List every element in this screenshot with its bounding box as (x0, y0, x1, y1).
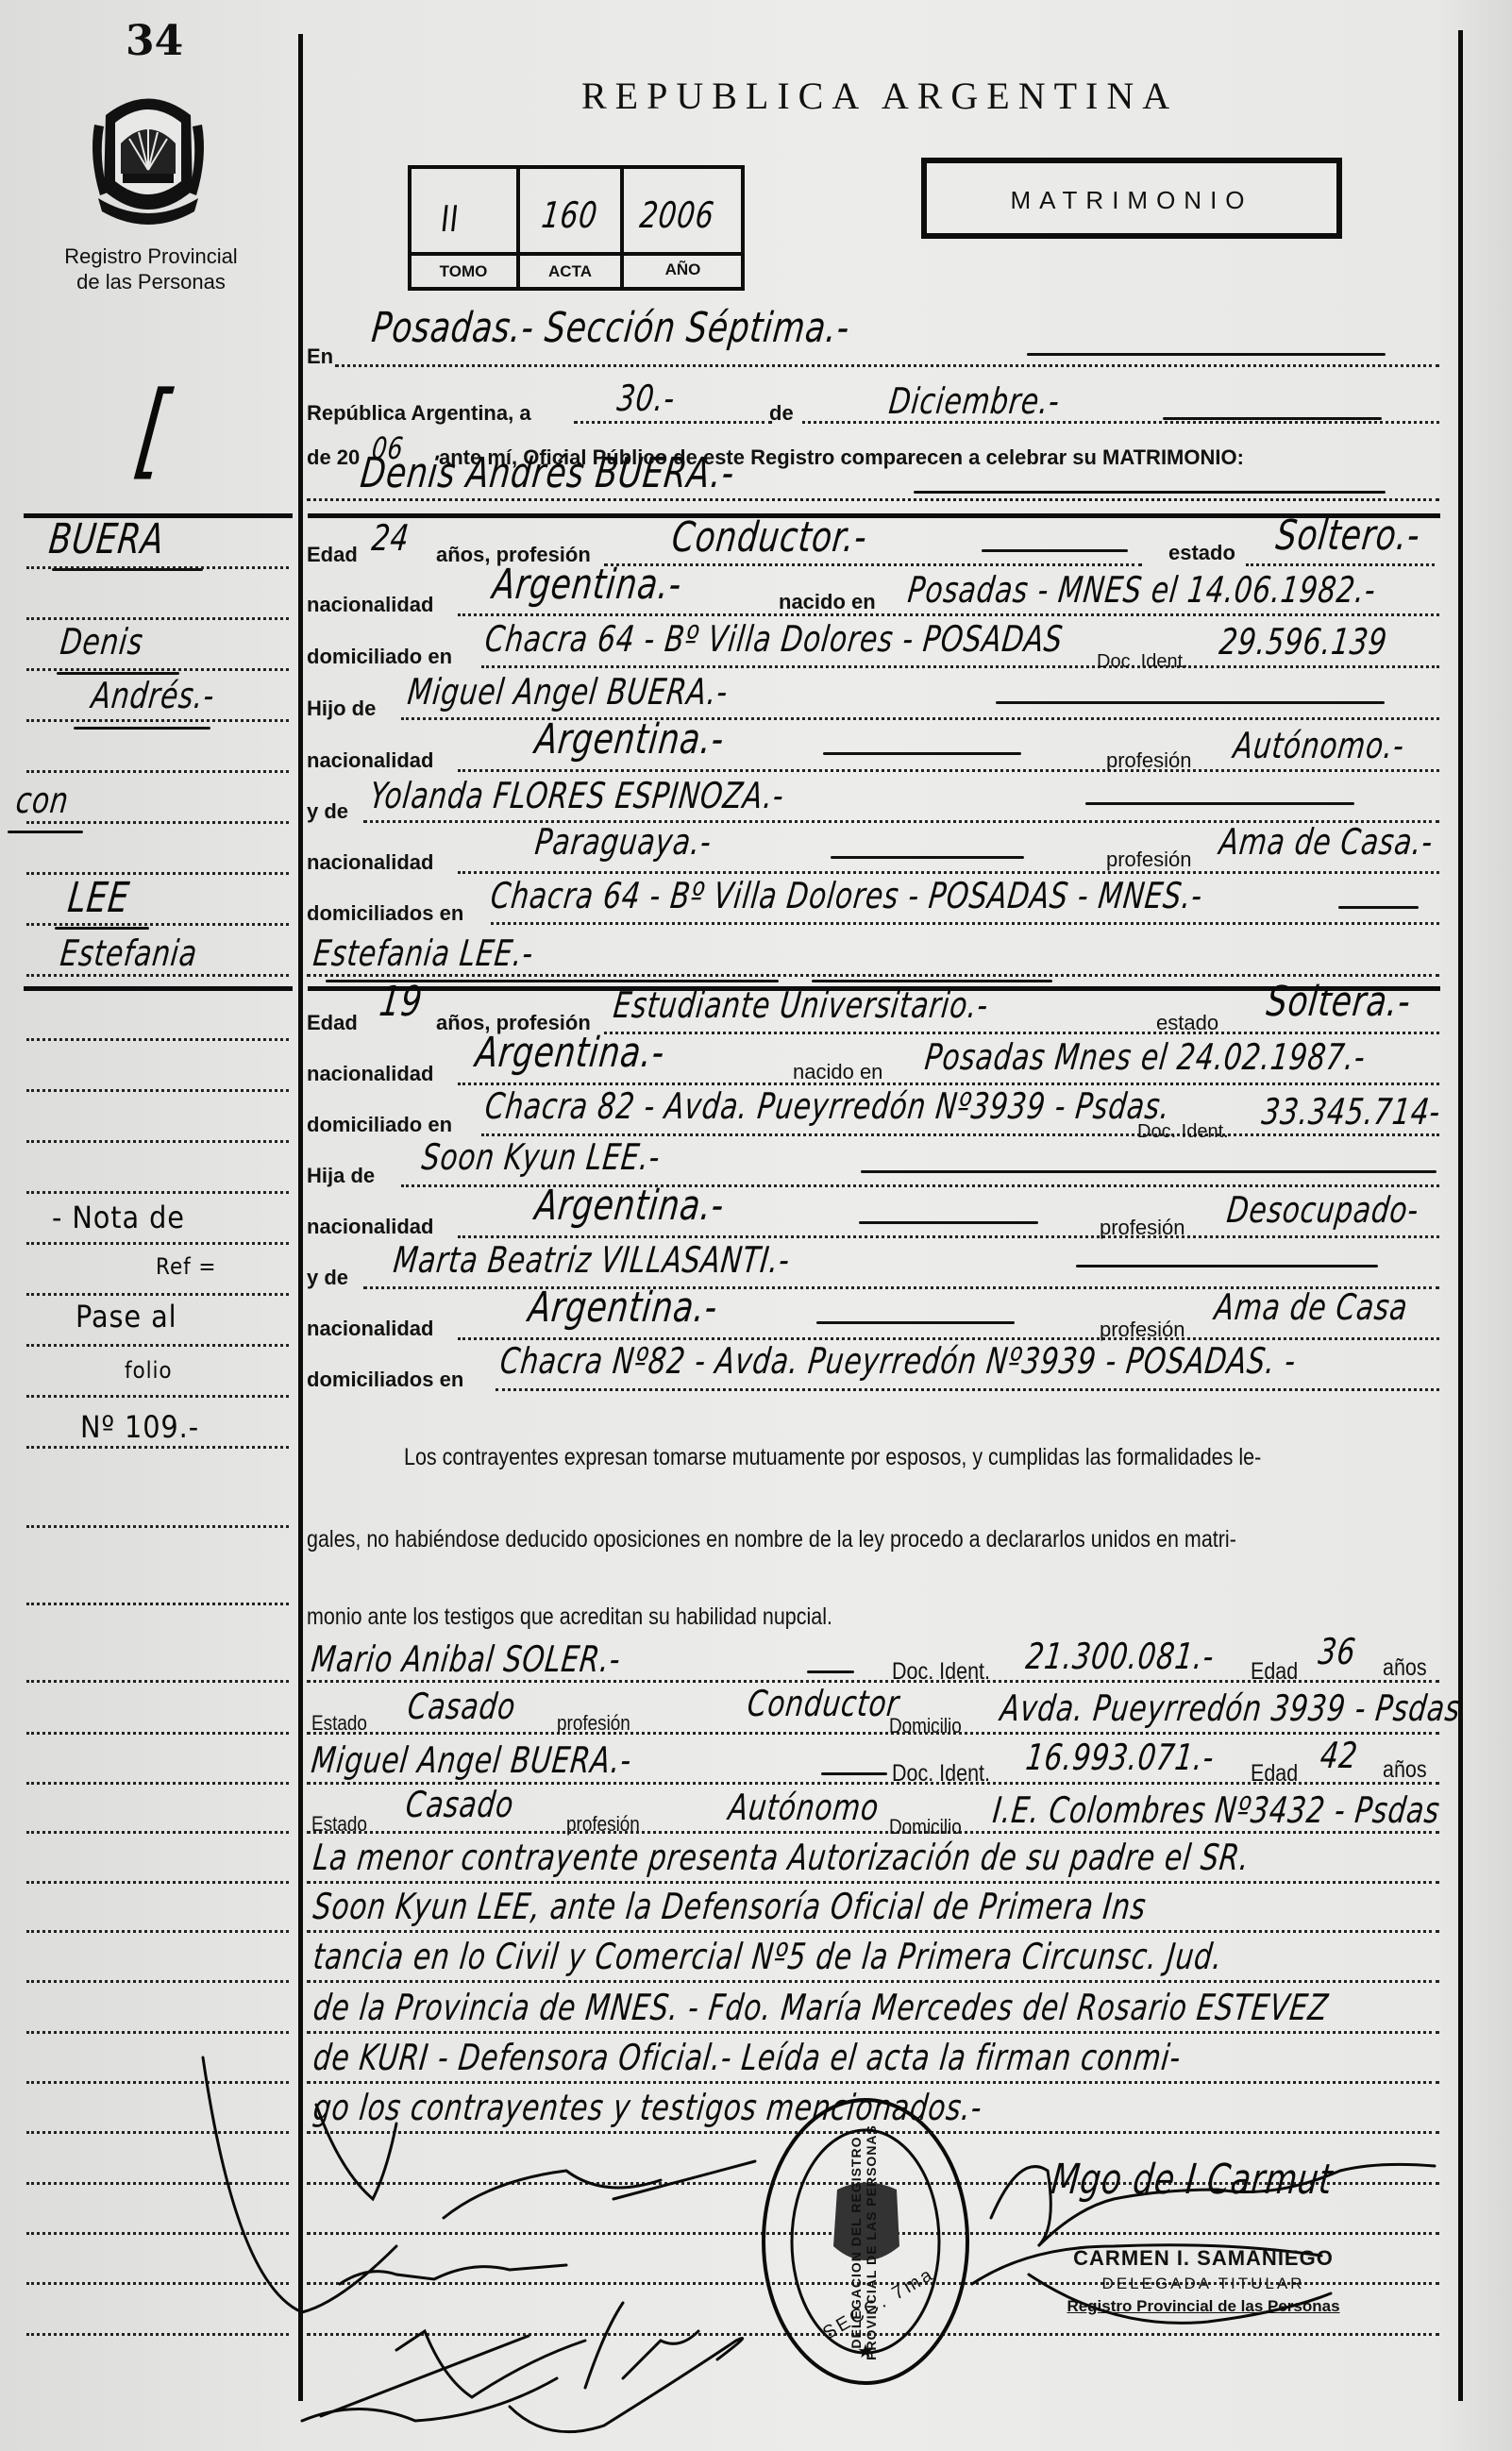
marriage-certificate-page: 34 Registro Provincial de las Personas [ (0, 0, 1512, 2451)
official-seal: ★ DELEGACION DEL REGISTRO PROVINCIAL DE … (760, 2095, 972, 2388)
delegate-title: DELEGADA TITULAR (1052, 2275, 1354, 2293)
delegate-name: CARMEN I. SAMANIEGO (1052, 2246, 1354, 2271)
delegate-office: Registro Provincial de las Personas (1052, 2297, 1354, 2316)
signatures-icon (0, 0, 1512, 2451)
seal-ring-text: DELEGACION DEL REGISTRO PROVINCIAL DE LA… (848, 2096, 879, 2389)
delegate-stamp: CARMEN I. SAMANIEGO DELEGADA TITULAR Reg… (1052, 2246, 1354, 2316)
delegate-signature: Mgo de I Carmut (1050, 2161, 1335, 2199)
